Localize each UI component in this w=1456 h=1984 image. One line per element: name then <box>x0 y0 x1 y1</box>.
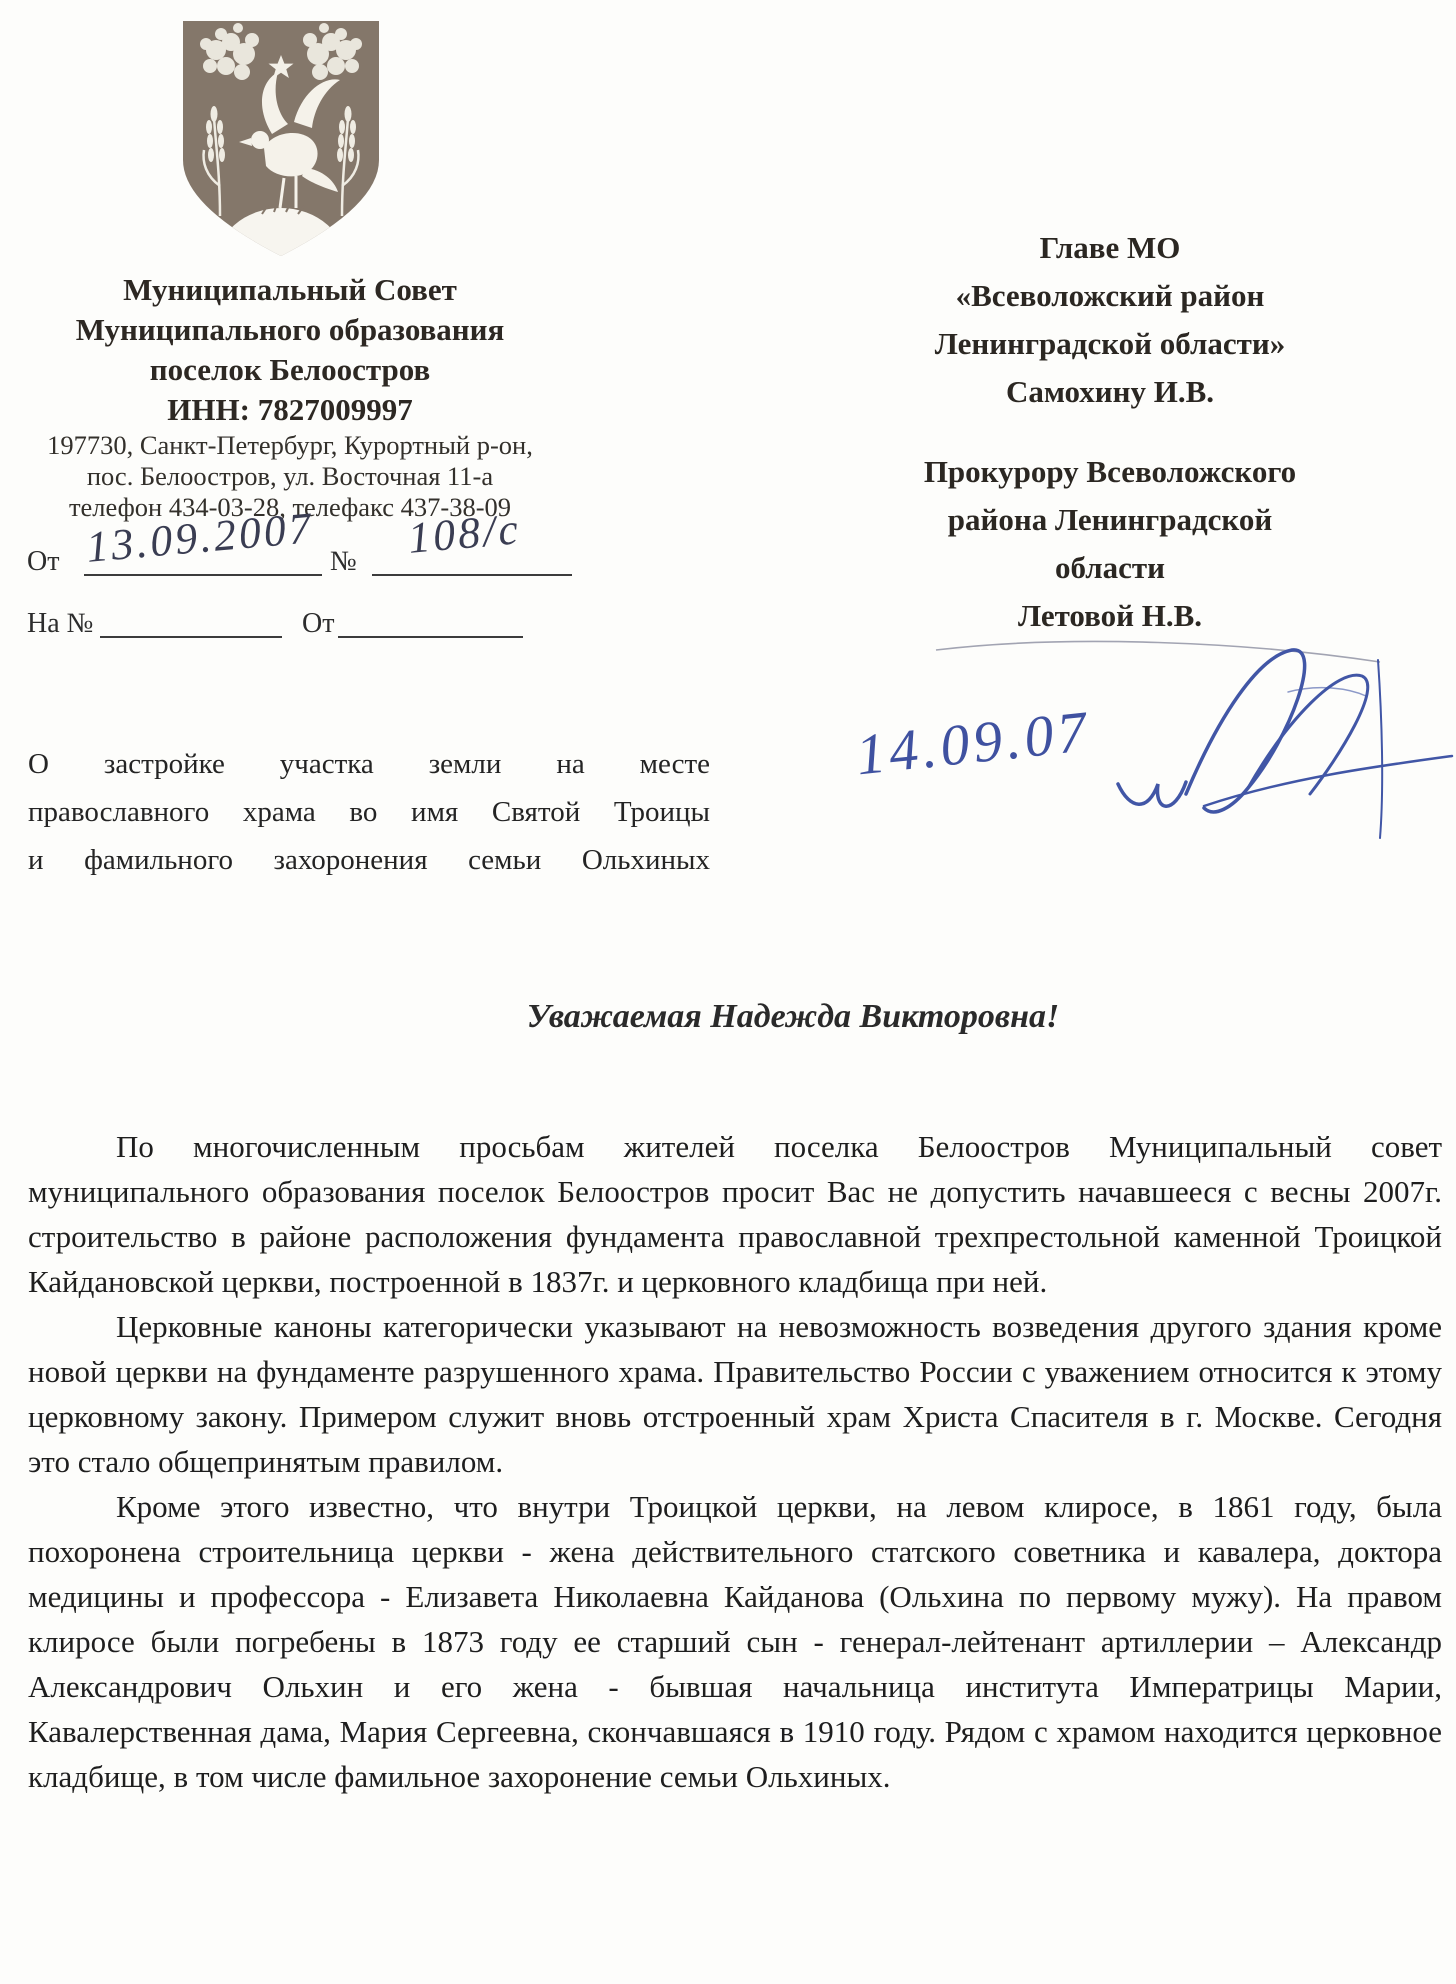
subject-line2: православного храма во имя Святой Троицы <box>28 788 710 836</box>
addressee2-line1: Прокурору Всеволожского <box>878 448 1342 496</box>
reply-prefix-label: На № <box>27 608 93 640</box>
addressee1-line4: Самохину И.В. <box>878 368 1342 416</box>
number-underline <box>372 574 572 576</box>
from-underline <box>84 574 322 576</box>
addressee-block-head-mo: Главе МО «Всеволожский район Ленинградск… <box>878 224 1342 416</box>
addressee1-line1: Главе МО <box>878 224 1342 272</box>
org-name-line1: Муниципальный Совет <box>14 270 566 310</box>
salutation: Уважаемая Надежда Викторовна! <box>130 998 1456 1036</box>
pen-scratch-line <box>936 641 1380 662</box>
handwritten-outgoing-number: 108/с <box>406 503 523 564</box>
reply-from-label: От <box>302 608 334 640</box>
inn-line: ИНН: 7827009997 <box>14 390 566 430</box>
addressee1-line3: Ленинградской области» <box>878 320 1342 368</box>
signature-strokes <box>1118 650 1452 838</box>
number-label: № <box>330 546 357 578</box>
reply-number-underline <box>100 636 282 638</box>
letterhead: Муниципальный Совет Муниципального образ… <box>14 270 566 523</box>
letter-body: По многочисленным просьбам жителей посел… <box>28 1124 1442 1799</box>
addressee2-line2: района Ленинградской <box>878 496 1342 544</box>
org-name-line3: поселок Белоостров <box>14 350 566 390</box>
reply-from-underline <box>338 636 523 638</box>
subject-line3: и фамильного захоронения семьи Ольхиных <box>28 836 710 884</box>
from-label: От <box>27 546 59 578</box>
body-paragraph-3: Кроме этого известно, что внутри Троицко… <box>28 1484 1442 1799</box>
addressee1-line2: «Всеволожский район <box>878 272 1342 320</box>
handwritten-signature-area: 14.09.07 <box>818 598 1456 860</box>
body-paragraph-2: Церковные каноны категорически указывают… <box>28 1304 1442 1484</box>
body-paragraph-1: По многочисленным просьбам жителей посел… <box>28 1124 1442 1304</box>
scanned-letter-page: Муниципальный Совет Муниципального образ… <box>0 0 1456 1984</box>
org-name-line2: Муниципального образования <box>14 310 566 350</box>
subject-block: О застройке участка земли на месте право… <box>28 740 710 884</box>
subject-line1: О застройке участка земли на месте <box>28 740 710 788</box>
addressee2-line3: области <box>878 544 1342 592</box>
address-line2: пос. Белоостров, ул. Восточная 11-а <box>14 461 566 492</box>
address-line1: 197730, Санкт-Петербург, Курортный р-он, <box>14 430 566 461</box>
coat-of-arms-icon <box>176 14 386 264</box>
handwritten-received-date: 14.09.07 <box>853 698 1094 787</box>
